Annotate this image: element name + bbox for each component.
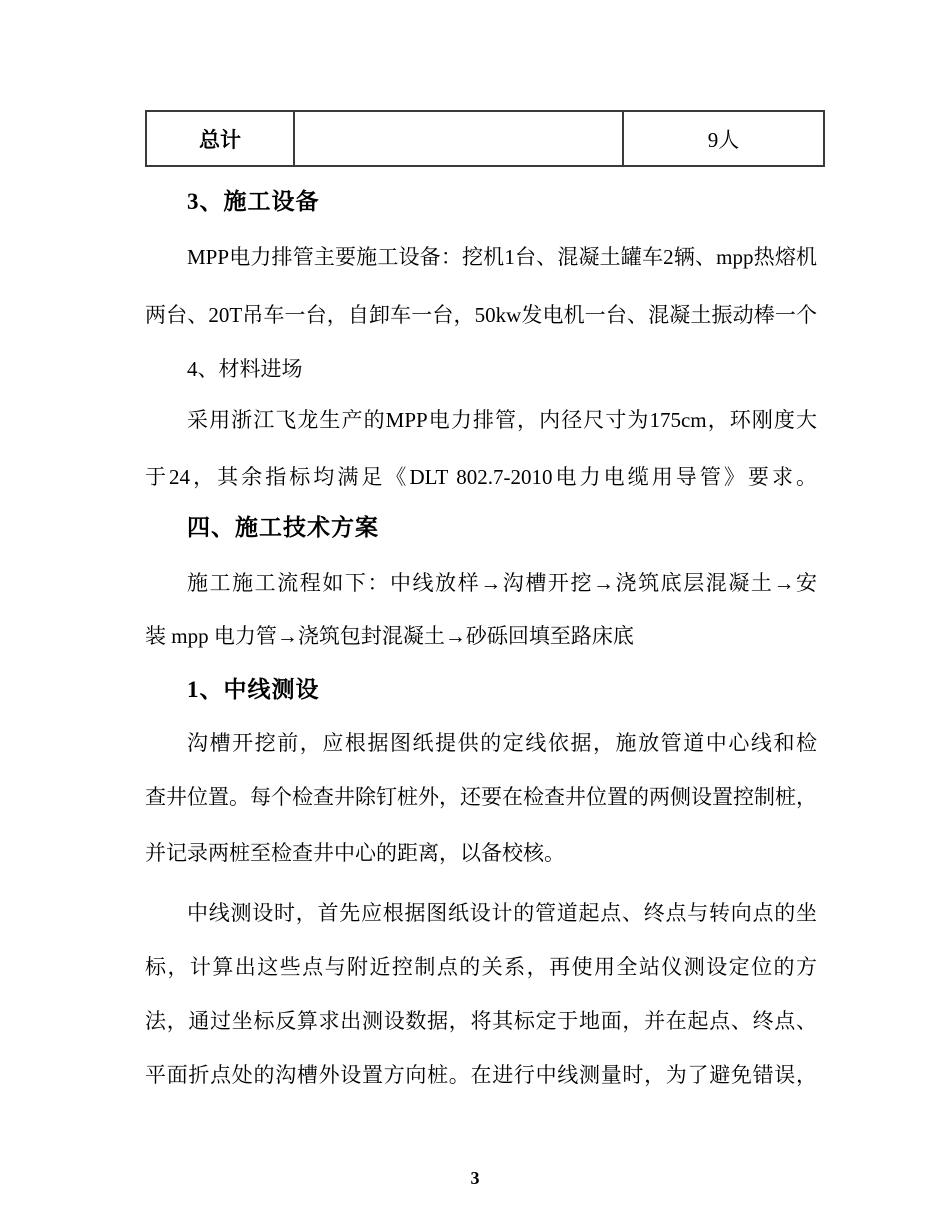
- heading-material-entry: 4、材料进场: [187, 355, 303, 383]
- paragraph-centerline2-line-3: 法，通过坐标反算求出测设数据，将其标定于地面，并在起点、终点、: [145, 1007, 817, 1035]
- heading-construction-technical-plan: 四、施工技术方案: [187, 514, 379, 542]
- heading-construction-equipment: 3、施工设备: [187, 188, 320, 216]
- personnel-summary-table: 总计 9人: [145, 110, 825, 167]
- table-cell-empty: [294, 111, 623, 166]
- paragraph-equipment-line-1: MPP电力排管主要施工设备：挖机1台、混凝土罐车2辆、mpp热熔机: [145, 243, 817, 271]
- paragraph-centerline1-line-1: 沟槽开挖前，应根据图纸提供的定线依据，施放管道中心线和检: [145, 729, 817, 757]
- paragraph-centerline2-line-4: 平面折点处的沟槽外设置方向桩。在进行中线测量时，为了避免错误，: [145, 1061, 817, 1089]
- table-cell-total-label: 总计: [146, 111, 294, 166]
- paragraph-materials-line-1: 采用浙江飞龙生产的MPP电力排管，内径尺寸为175cm，环刚度大: [145, 406, 817, 434]
- table-cell-count: 9人: [623, 111, 824, 166]
- page-number: 3: [0, 1168, 950, 1189]
- paragraph-centerline1-line-3: 并记录两桩至检查井中心的距离，以备校核。: [145, 839, 817, 867]
- paragraph-materials-line-2: 于24，其余指标均满足《DLT 802.7-2010电力电缆用导管》要求。: [145, 463, 817, 491]
- table-row: 总计 9人: [146, 111, 824, 166]
- paragraph-centerline2-line-1: 中线测设时，首先应根据图纸设计的管道起点、终点与转向点的坐: [145, 899, 817, 927]
- document-page: 总计 9人 3、施工设备 MPP电力排管主要施工设备：挖机1台、混凝土罐车2辆、…: [0, 0, 950, 1230]
- heading-centerline-survey: 1、中线测设: [187, 676, 320, 704]
- paragraph-process-line-1: 施工施工流程如下：中线放样→沟槽开挖→浇筑底层混凝土→安: [145, 569, 817, 597]
- paragraph-centerline2-line-2: 标，计算出这些点与附近控制点的关系，再使用全站仪测设定位的方: [145, 953, 817, 981]
- paragraph-centerline1-line-2: 查井位置。每个检查井除钉桩外，还要在检查井位置的两侧设置控制桩，: [145, 783, 817, 811]
- paragraph-equipment-line-2: 两台、20T吊车一台，自卸车一台，50kw发电机一台、混凝土振动棒一个: [145, 301, 817, 329]
- paragraph-process-line-2: 装 mpp 电力管→浇筑包封混凝土→砂砾回填至路床底: [145, 622, 817, 650]
